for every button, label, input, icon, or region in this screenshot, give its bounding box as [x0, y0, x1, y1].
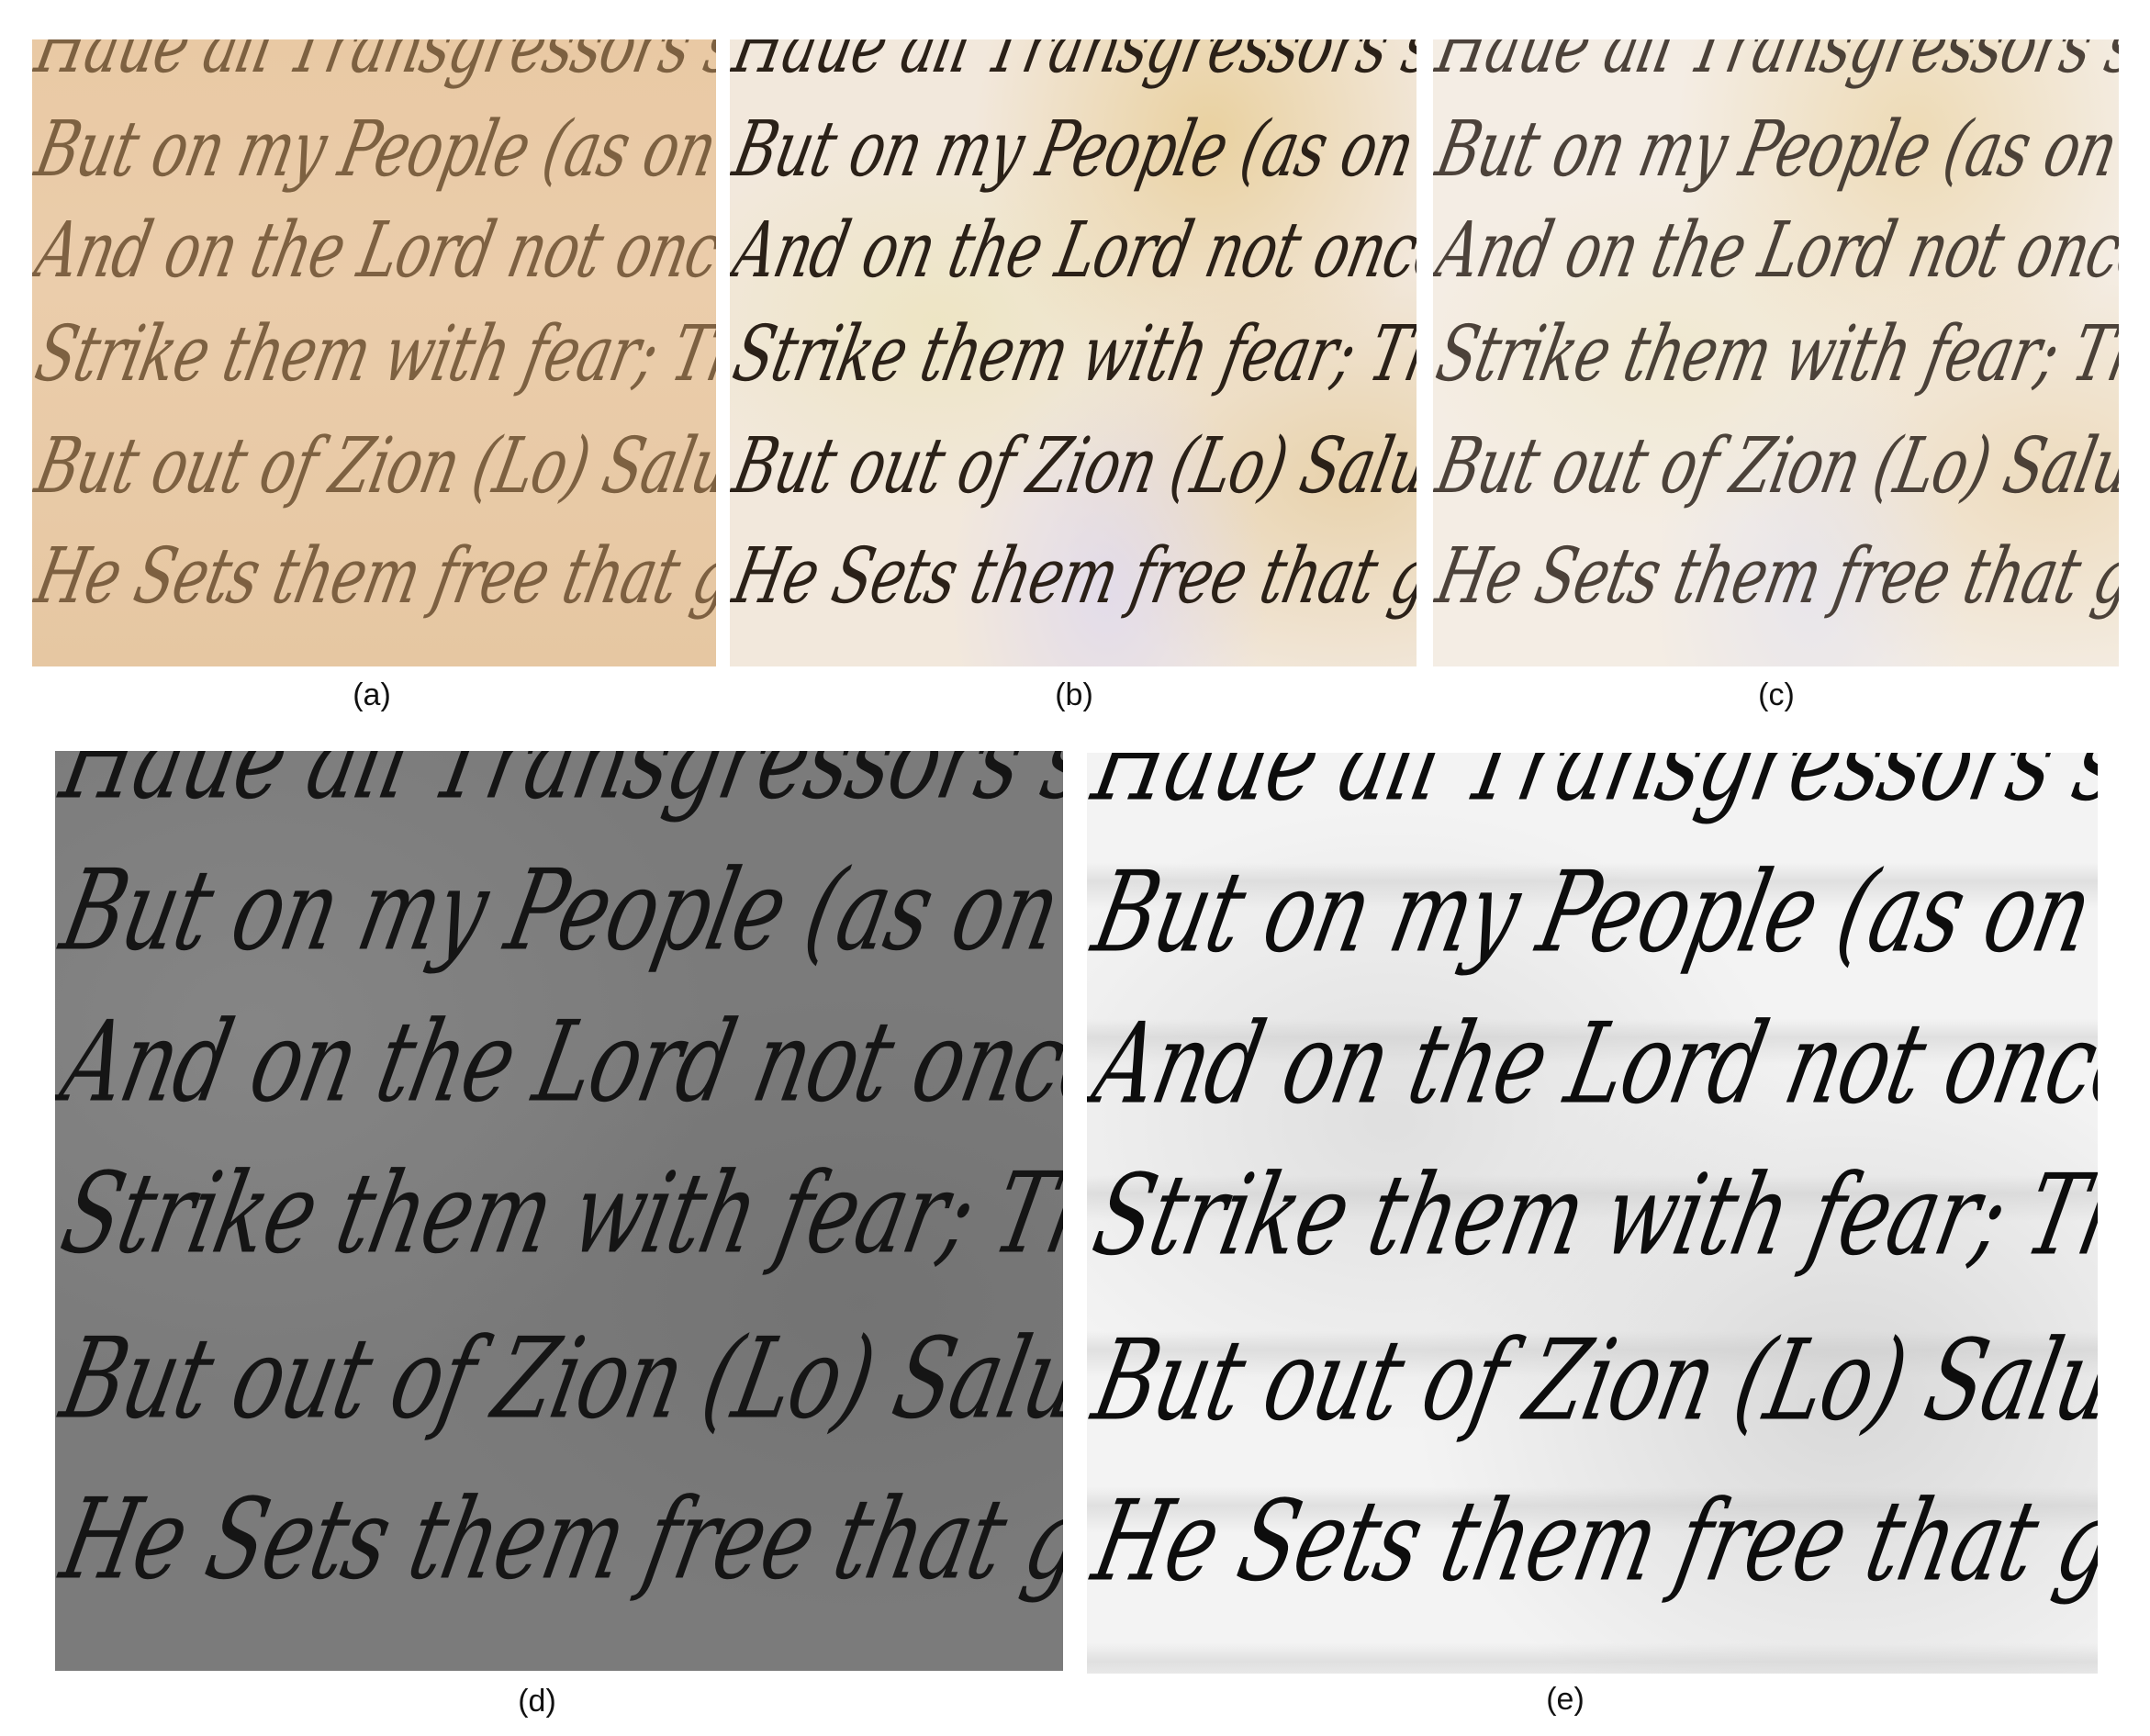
manuscript-line: But on my People (as on bread) to fee [55, 846, 1063, 976]
manuscript-line: But out of Zion (Lo) Saluation comes, [1087, 1316, 2098, 1446]
manuscript-text: Haue all Transgressors still nor m But o… [730, 39, 1417, 666]
manuscript-line: Strike them with fear; Thou saues y [730, 308, 1417, 398]
manuscript-line: Strike them with fear; Thou saues y [1433, 308, 2119, 398]
manuscript-line: He Sets them free that gladds all [730, 530, 1417, 621]
manuscript-line: But out of Zion (Lo) Saluation comes, [730, 420, 1417, 510]
manuscript-line: And on the Lord not once reflecting [730, 204, 1417, 295]
manuscript-line: Strike them with fear; Thou saues y [32, 308, 716, 398]
manuscript-line: Strike them with fear; Thou saues y [1087, 1150, 2098, 1281]
manuscript-text: Haue all Transgressors still nor m But o… [1433, 39, 2119, 666]
caption-c: (c) [1758, 679, 1795, 711]
caption-e: (e) [1546, 1684, 1585, 1715]
manuscript-text: Haue all Transgressors still nor m But o… [55, 751, 1063, 1671]
panel-a-original-image: Haue all Transgressors still nor m But o… [32, 39, 716, 666]
manuscript-line: He Sets them free that gladds all [55, 1474, 1063, 1605]
manuscript-line: And on the Lord not once reflecting [1087, 999, 2098, 1129]
panel-d-grayscale-image: Haue all Transgressors still nor m But o… [55, 751, 1063, 1671]
manuscript-line: Haue all Transgressors still nor m [730, 39, 1417, 90]
manuscript-text: Haue all Transgressors still nor m But o… [1087, 753, 2098, 1674]
manuscript-line: But on my People (as on bread) to fee [730, 103, 1417, 194]
manuscript-line: But out of Zion (Lo) Saluation comes, [1433, 420, 2119, 510]
manuscript-text: Haue all Transgressors still nor m But o… [32, 39, 716, 666]
manuscript-line: But on my People (as on bread) to fee [32, 103, 716, 194]
caption-b: (b) [1055, 679, 1093, 711]
manuscript-line: He Sets them free that gladds all [1087, 1476, 2098, 1607]
manuscript-line: Haue all Transgressors still nor m [55, 751, 1063, 824]
manuscript-line: But on my People (as on bread) to fee [1087, 847, 2098, 978]
manuscript-line: And on the Lord not once reflecting [55, 997, 1063, 1127]
manuscript-line: But on my People (as on bread) to fee [1433, 103, 2119, 194]
manuscript-line: And on the Lord not once reflecting [1433, 204, 2119, 295]
panel-c-enhanced-image: Haue all Transgressors still nor m But o… [1433, 39, 2119, 666]
manuscript-line: Haue all Transgressors still nor m [1087, 753, 2098, 826]
manuscript-line: Haue all Transgressors still nor m [32, 39, 716, 90]
manuscript-line: He Sets them free that gladds all [32, 530, 716, 621]
panel-b-enhanced-image: Haue all Transgressors still nor m But o… [730, 39, 1417, 666]
manuscript-line: Strike them with fear; Thou saues y [55, 1148, 1063, 1279]
caption-a: (a) [353, 679, 391, 711]
manuscript-line: Haue all Transgressors still nor m [1433, 39, 2119, 90]
manuscript-line: But out of Zion (Lo) Saluation comes, [32, 420, 716, 510]
manuscript-line: He Sets them free that gladds all [1433, 530, 2119, 621]
manuscript-line: And on the Lord not once reflecting [32, 204, 716, 295]
caption-d: (d) [518, 1686, 556, 1717]
manuscript-line: But out of Zion (Lo) Saluation comes, [55, 1314, 1063, 1444]
panel-e-binarized-image: Haue all Transgressors still nor m But o… [1087, 753, 2098, 1674]
